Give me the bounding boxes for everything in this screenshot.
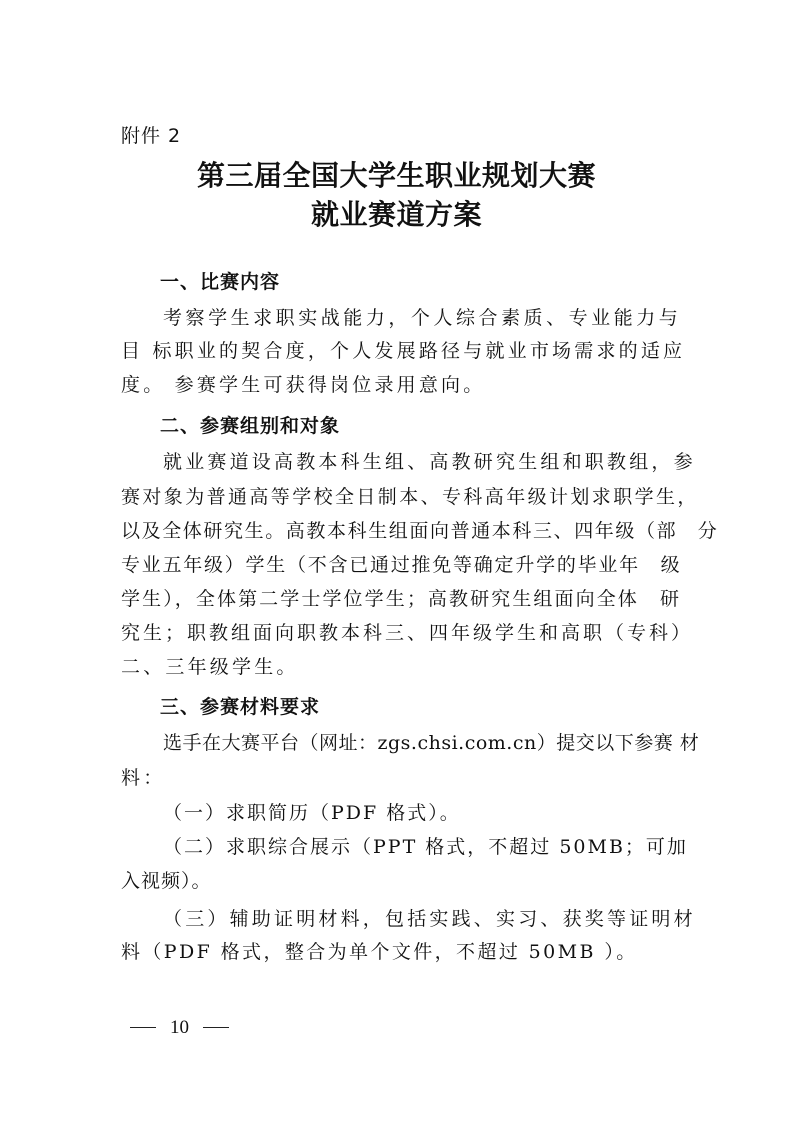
paragraph-line: 专业五年级）学生（不含已通过推免等确定升学的毕业年 级 — [121, 553, 681, 577]
dash-right — [203, 1027, 229, 1028]
paragraph-line: 二、三年级学生。 — [121, 655, 681, 679]
document-title-line-2: 就业赛道方案 — [0, 197, 793, 233]
paragraph-line: 赛对象为普通高等学校全日制本、专科高年级计划求职学生， — [121, 485, 681, 509]
section-heading-3: 三、参赛材料要求 — [160, 695, 320, 719]
paragraph-line: 目 标职业的契合度，个人发展路径与就业市场需求的适应 — [121, 339, 681, 363]
list-item-2-continued: 入视频）。 — [121, 869, 681, 893]
page-number: 10 — [170, 1016, 189, 1040]
paragraph-line: 以及全体研究生。高教本科生组面向普通本科三、四年级（部 分 — [121, 519, 681, 543]
list-item-1: （一）求职简历（PDF 格式）。 — [163, 801, 723, 825]
document-title-line-1: 第三届全国大学生职业规划大赛 — [0, 158, 793, 194]
list-item-3: （三）辅助证明材料，包括实践、实习、获奖等证明材 — [163, 907, 681, 931]
paragraph-line: 料： — [121, 766, 681, 790]
paragraph-line: 究生；职教组面向职教本科三、四年级学生和高职（专科） — [121, 621, 681, 645]
paragraph-line: 学生），全体第二学士学位学生；高教研究生组面向全体 研 — [121, 587, 681, 611]
list-item-2: （二）求职综合展示（PPT 格式，不超过 50MB；可加 — [163, 835, 681, 859]
section-heading-1: 一、比赛内容 — [160, 270, 280, 294]
attachment-label: 附件 2 — [121, 124, 181, 148]
paragraph-line: 度。 参赛学生可获得岗位录用意向。 — [121, 373, 681, 397]
paragraph-line: 就业赛道设高教本科生组、高教研究生组和职教组，参 — [163, 450, 681, 474]
page-number-footer: 10 — [130, 1016, 229, 1040]
paragraph-line: 考察学生求职实战能力，个人综合素质、专业能力与 — [163, 306, 681, 330]
list-item-3-continued: 料（PDF 格式，整合为单个文件，不超过 50MB ）。 — [121, 940, 681, 964]
dash-left — [130, 1027, 156, 1028]
paragraph-line: 选手在大赛平台（网址：zgs.chsi.com.cn）提交以下参赛 材 — [163, 731, 681, 755]
section-heading-2: 二、参赛组别和对象 — [160, 414, 340, 438]
